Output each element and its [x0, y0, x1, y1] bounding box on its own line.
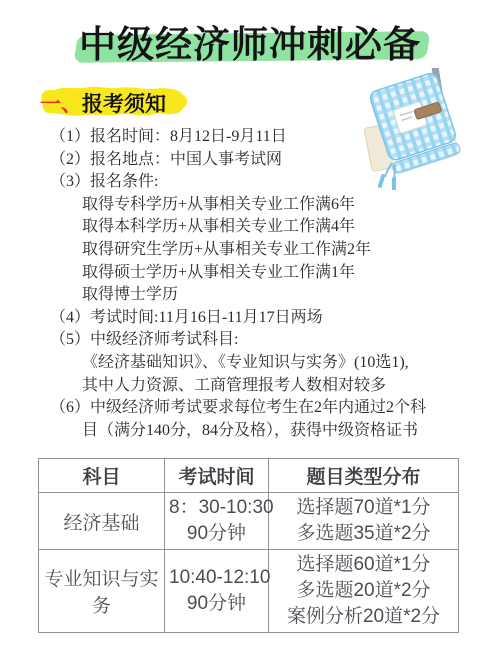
type-line: 多选题35道*2分: [273, 521, 454, 547]
infographic-canvas: 中级经济师冲刺必备 一、报考须知: [0, 0, 500, 653]
section-label: 报考须知: [82, 93, 166, 116]
types-cell: 选择题60道*1分 多选题20道*2分 案例分析20道*2分: [269, 550, 459, 633]
time-line: 8：30-10:30: [169, 495, 264, 521]
notice-line: （2）报名地点：中国人事考试网: [50, 149, 460, 172]
notice-line: 取得博士学历: [50, 284, 460, 307]
subject-cell: 专业知识与实务: [39, 550, 165, 633]
table-row: 专业知识与实务 10:40-12:10 90分钟 选择题60道*1分 多选题20…: [39, 550, 459, 633]
time-cell: 10:40-12:10 90分钟: [165, 550, 269, 633]
notice-line: （5）中级经济师考试科目:: [50, 329, 460, 352]
notice-line: 取得专科学历+从事相关专业工作满6年: [50, 194, 460, 217]
time-line: 90分钟: [169, 521, 264, 547]
type-line: 案例分析20道*2分: [273, 604, 454, 630]
subject-cell: 经济基础: [39, 493, 165, 550]
notice-line: 取得硕士学历+从事相关专业工作满1年: [50, 262, 460, 285]
header-exam-time: 考试时间: [165, 459, 269, 493]
type-line: 多选题20道*2分: [273, 578, 454, 604]
exam-table: 科目 考试时间 题目类型分布 经济基础 8：30-10:30 90分钟 选择题7…: [38, 458, 459, 633]
notice-line: （4）考试时间:11月16日-11月17日两场: [50, 307, 460, 330]
notice-list: （1）报名时间：8月12日-9月11日 （2）报名地点：中国人事考试网 （3）报…: [50, 126, 460, 442]
types-cell: 选择题70道*1分 多选题35道*2分: [269, 493, 459, 550]
time-line: 90分钟: [169, 591, 264, 617]
table-header-row: 科目 考试时间 题目类型分布: [39, 459, 459, 493]
notice-line: 目（满分140分，84分及格），获得中级资格证书: [50, 420, 460, 443]
notice-line: （1）报名时间：8月12日-9月11日: [50, 126, 460, 149]
time-line: 10:40-12:10: [169, 565, 264, 591]
section-number: 一、: [40, 93, 82, 116]
notice-line: 其中人力资源、工商管理报考人数相对较多: [50, 375, 460, 398]
notice-line: （3）报名条件:: [50, 171, 460, 194]
notice-line: （6）中级经济师考试要求每位考生在2年内通过2个科: [50, 397, 460, 420]
header-question-types: 题目类型分布: [269, 459, 459, 493]
section-badge: 一、报考须知: [30, 84, 194, 120]
notice-line: 《经济基础知识》、《专业知识与实务》(10选1),: [50, 352, 460, 375]
page-title: 中级经济师冲刺必备: [0, 14, 500, 68]
notice-line: 取得研究生学历+从事相关专业工作满2年: [50, 239, 460, 262]
section-title: 一、报考须知: [40, 88, 190, 118]
header-subject: 科目: [39, 459, 165, 493]
type-line: 选择题70道*1分: [273, 495, 454, 521]
table-row: 经济基础 8：30-10:30 90分钟 选择题70道*1分 多选题35道*2分: [39, 493, 459, 550]
time-cell: 8：30-10:30 90分钟: [165, 493, 269, 550]
notice-line: 取得本科学历+从事相关专业工作满4年: [50, 216, 460, 239]
type-line: 选择题60道*1分: [273, 552, 454, 578]
